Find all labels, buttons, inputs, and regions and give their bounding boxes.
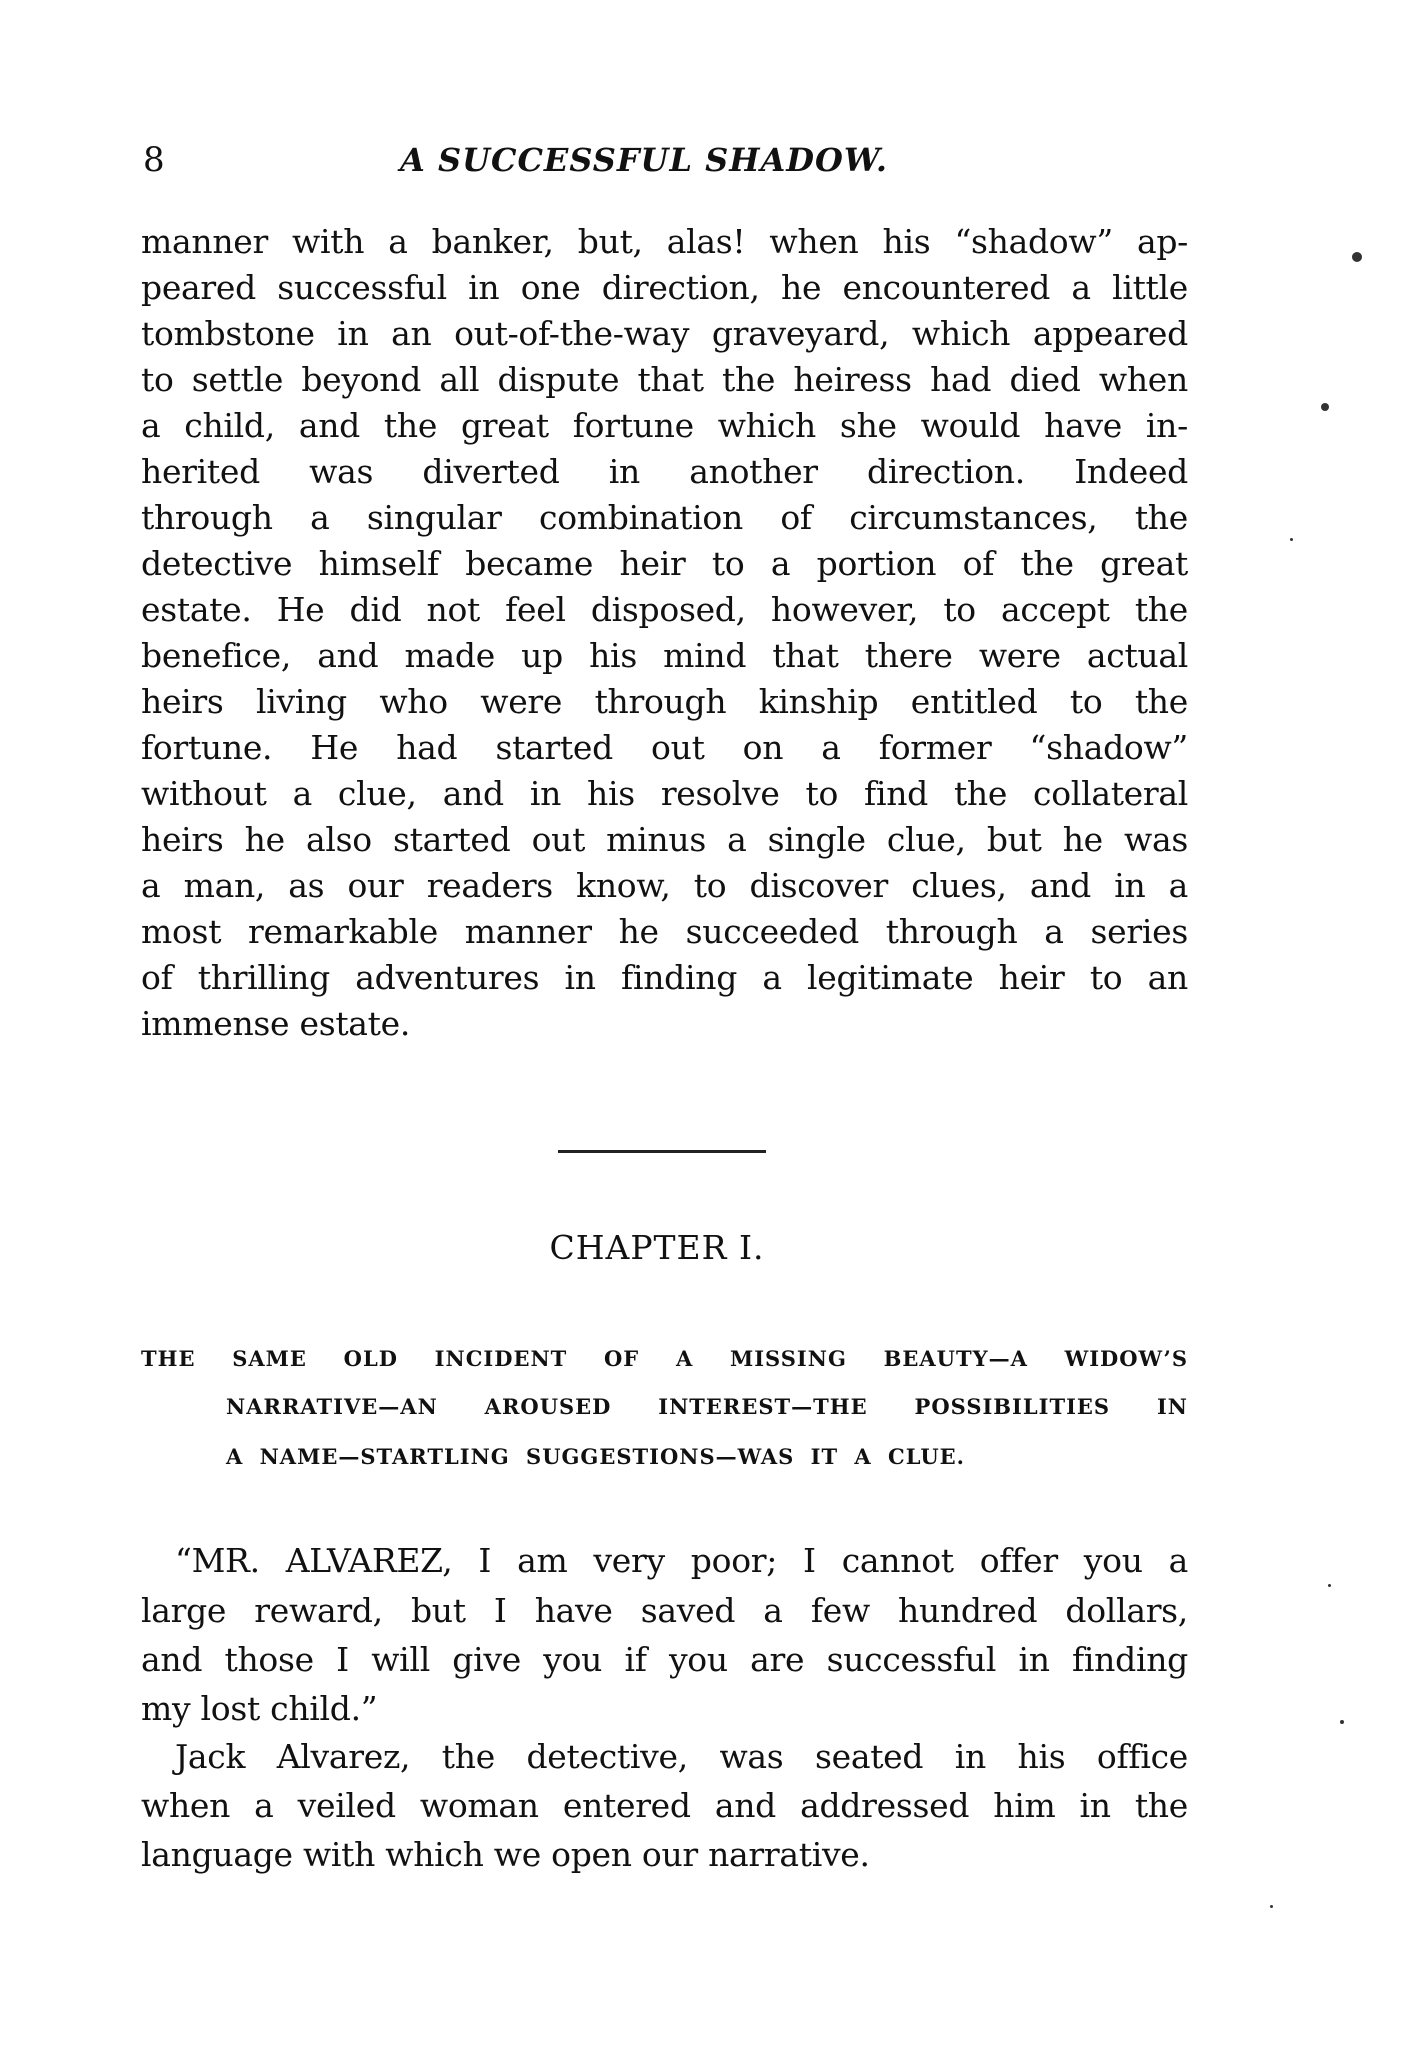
text-line: large reward, but I have saved a few hun… (141, 1591, 1188, 1631)
scan-mark (1328, 1584, 1331, 1587)
text-line: a child, and the great fortune which she… (141, 406, 1188, 446)
scan-mark (1352, 252, 1362, 262)
synopsis-line: THE SAME OLD INCIDENT OF A MISSING BEAUT… (141, 1345, 1188, 1373)
scan-mark (1321, 403, 1329, 411)
text-line: most remarkable manner he succeeded thro… (141, 912, 1188, 952)
scan-mark (1340, 1720, 1344, 1724)
text-line: immense estate. (141, 1004, 1188, 1044)
text-line: and those I will give you if you are suc… (141, 1640, 1188, 1680)
chapter-heading: CHAPTER I. (0, 1228, 1314, 1268)
text-line: manner with a banker, but, alas! when hi… (141, 222, 1188, 262)
text-line: language with which we open our narrativ… (141, 1835, 1188, 1875)
synopsis-line: A NAME—STARTLING SUGGESTIONS—WAS IT A CL… (226, 1443, 1072, 1471)
text-line: peared successful in one direction, he e… (141, 268, 1188, 308)
text-line: through a singular combination of circum… (141, 498, 1188, 538)
text-line: benefice, and made up his mind that ther… (141, 636, 1188, 676)
text-line: my lost child.” (141, 1689, 1188, 1729)
text-line: detective himself became heir to a porti… (141, 544, 1188, 584)
text-line: of thrilling adventures in finding a leg… (141, 958, 1188, 998)
running-title: A SUCCESSFUL SHADOW. (400, 140, 888, 180)
text-line: fortune. He had started out on a former … (141, 728, 1188, 768)
text-line: heirs he also started out minus a single… (141, 820, 1188, 860)
page-number: 8 (143, 140, 165, 180)
text-line: Jack Alvarez, the detective, was seated … (175, 1737, 1188, 1777)
text-line: “MR. ALVAREZ, I am very poor; I cannot o… (175, 1541, 1188, 1581)
text-line: a man, as our readers know, to discover … (141, 866, 1188, 906)
book-page: 8 A SUCCESSFUL SHADOW. manner with a ban… (0, 0, 1414, 2063)
synopsis-line: NARRATIVE—AN AROUSED INTEREST—THE POSSIB… (226, 1393, 1188, 1421)
text-line: heirs living who were through kinship en… (141, 682, 1188, 722)
text-line: to settle beyond all dispute that the he… (141, 360, 1188, 400)
text-line: herited was diverted in another directio… (141, 452, 1188, 492)
text-line: estate. He did not feel disposed, howeve… (141, 590, 1188, 630)
text-line: when a veiled woman entered and addresse… (141, 1786, 1188, 1826)
text-line: tombstone in an out-of-the-way graveyard… (141, 314, 1188, 354)
scan-mark (1270, 1905, 1273, 1908)
text-line: without a clue, and in his resolve to fi… (141, 774, 1188, 814)
scan-mark (1290, 538, 1293, 541)
section-divider (558, 1150, 766, 1153)
